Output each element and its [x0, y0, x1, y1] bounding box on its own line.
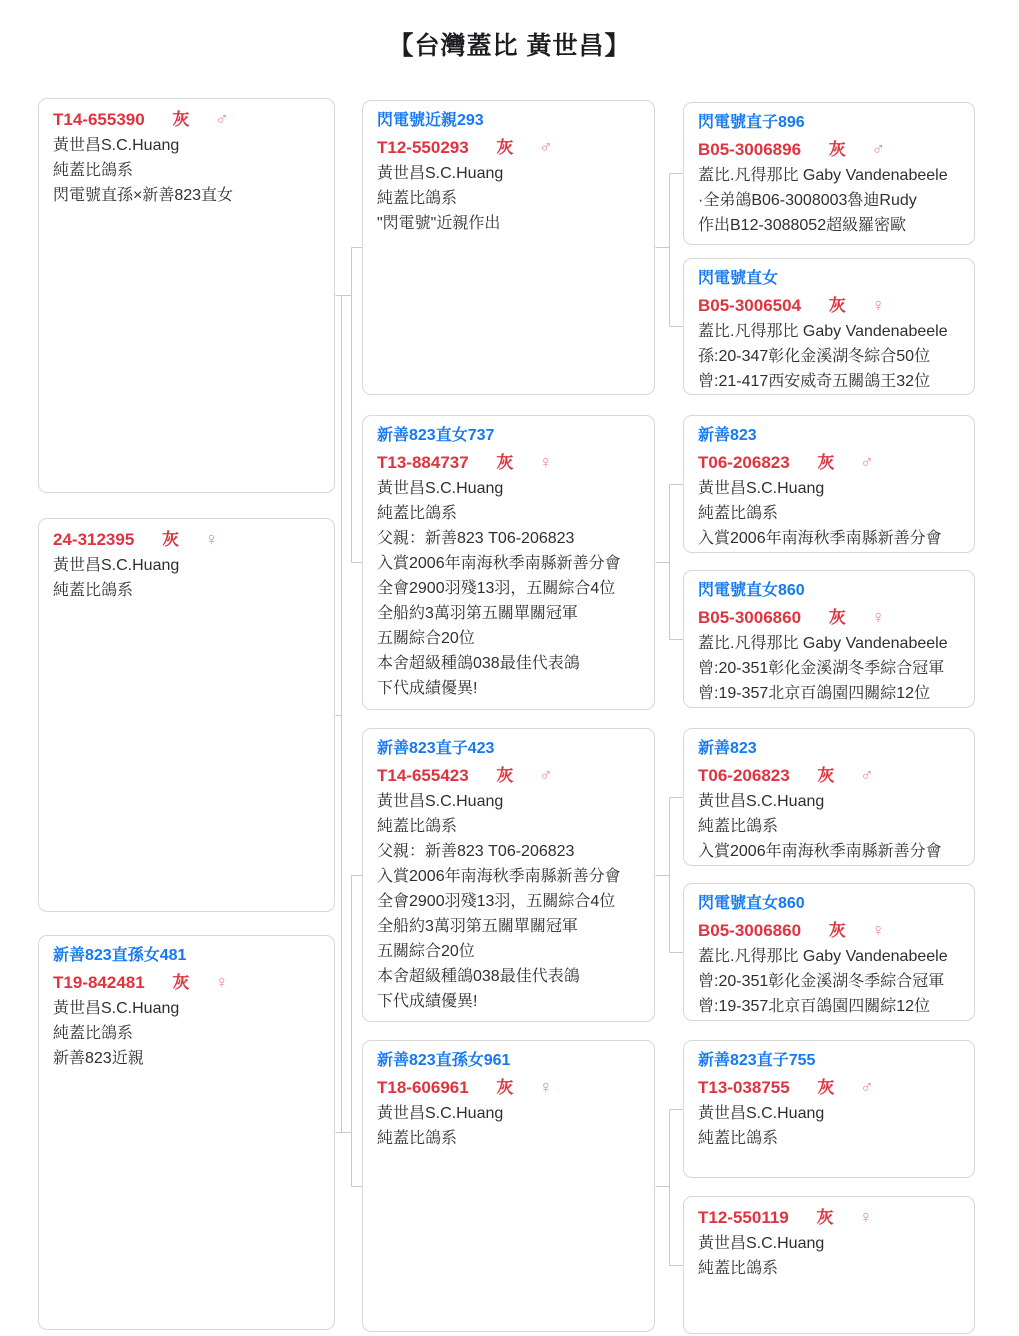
pedigree-note-line: 作出B12-3088052超級羅密歐: [698, 213, 962, 238]
pedigree-notes: 黃世昌S.C.Huang純蓋比鴿系入賞2006年南海秋季南縣新善分會: [698, 476, 962, 551]
pedigree-note-line: 純蓋比鴿系: [377, 814, 642, 839]
ring-row: T12-550119 灰 ♀: [698, 1204, 962, 1231]
pedigree-notes: 黃世昌S.C.Huang純蓋比鴿系入賞2006年南海秋季南縣新善分會: [698, 789, 962, 864]
male-symbol: ♂: [860, 1077, 874, 1097]
pedigree-note-line: 全船約3萬羽第五關單關冠軍: [377, 601, 642, 626]
ring-number: 24-312395: [53, 530, 134, 549]
pigeon-name: 閃電號直女: [698, 266, 962, 292]
pigeon-name: 新善823直子423: [377, 736, 642, 762]
pedigree-notes: 蓋比.凡得那比 Gaby Vandenabeele孫:20-347彰化金溪湖冬綜…: [698, 319, 962, 394]
female-symbol: ♀: [215, 972, 229, 992]
female-symbol: ♀: [859, 1207, 873, 1227]
pedigree-note-line: 入賞2006年南海秋季南縣新善分會: [698, 526, 962, 551]
ring-number: T14-655423: [377, 766, 469, 785]
ring-row: T13-038755 灰 ♂: [698, 1074, 962, 1101]
male-symbol: ♂: [539, 765, 553, 785]
feather-color: 灰: [172, 110, 189, 129]
pedigree-note-line: 全船約3萬羽第五關單關冠軍: [377, 914, 642, 939]
pedigree-notes: 黃世昌S.C.Huang純蓋比鴿系新善823近親: [53, 996, 322, 1071]
pedigree-note-line: 下代成績優異!: [377, 676, 642, 701]
pedigree-note-line: 蓋比.凡得那比 Gaby Vandenabeele: [698, 944, 962, 969]
pedigree-notes: 黃世昌S.C.Huang純蓋比鴿系閃電號直孫×新善823直女: [53, 133, 322, 208]
ring-number: T14-655390: [53, 110, 145, 129]
ring-row: T14-655423 灰 ♂: [377, 762, 642, 789]
pedigree-box: 新善823 T06-206823 灰 ♂ 黃世昌S.C.Huang純蓋比鴿系入賞…: [683, 415, 975, 553]
ring-row: 24-312395 灰 ♀: [53, 526, 322, 553]
pigeon-name: 新善823: [698, 423, 962, 449]
ring-row: T06-206823 灰 ♂: [698, 449, 962, 476]
pedigree-box: 新善823直孫女961 T18-606961 灰 ♀ 黃世昌S.C.Huang純…: [362, 1040, 655, 1332]
feather-color: 灰: [496, 766, 513, 785]
pedigree-note-line: 全會2900羽殘13羽，五關綜合4位: [377, 576, 642, 601]
pedigree-note-line: 黃世昌S.C.Huang: [377, 789, 642, 814]
pedigree-note-line: 閃電號直孫×新善823直女: [53, 183, 322, 208]
pedigree-notes: 黃世昌S.C.Huang純蓋比鴿系: [698, 1101, 962, 1151]
pedigree-notes: 黃世昌S.C.Huang純蓋比鴿系"閃電號"近親作出: [377, 161, 642, 236]
pedigree-note-line: 曾:20-351彰化金溪湖冬季綜合冠軍: [698, 656, 962, 681]
ring-row: T13-884737 灰 ♀: [377, 449, 642, 476]
pedigree-box: 閃電號直女 B05-3006504 灰 ♀ 蓋比.凡得那比 Gaby Vande…: [683, 258, 975, 395]
female-symbol: ♀: [205, 529, 219, 549]
pedigree-note-line: 蓋比.凡得那比 Gaby Vandenabeele: [698, 319, 962, 344]
pedigree-note-line: 純蓋比鴿系: [377, 1126, 642, 1151]
female-symbol: ♀: [539, 1077, 553, 1097]
pedigree-note-line: 黃世昌S.C.Huang: [698, 1231, 962, 1256]
pedigree-note-line: 蓋比.凡得那比 Gaby Vandenabeele: [698, 631, 962, 656]
pedigree-note-line: 純蓋比鴿系: [53, 158, 322, 183]
male-symbol: ♂: [860, 452, 874, 472]
pedigree-box: T14-655390 灰 ♂ 黃世昌S.C.Huang純蓋比鴿系閃電號直孫×新善…: [38, 98, 335, 493]
pedigree-box: 閃電號近親293 T12-550293 灰 ♂ 黃世昌S.C.Huang純蓋比鴿…: [362, 100, 655, 395]
pedigree-note-line: 黃世昌S.C.Huang: [377, 1101, 642, 1126]
pedigree-note-line: 曾:19-357北京百鴿園四關綜12位: [698, 994, 962, 1019]
ring-row: T19-842481 灰 ♀: [53, 969, 322, 996]
pedigree-note-line: 本舍超級種鴿038最佳代表鴿: [377, 651, 642, 676]
pedigree-box: 新善823 T06-206823 灰 ♂ 黃世昌S.C.Huang純蓋比鴿系入賞…: [683, 728, 975, 866]
pigeon-name: 新善823直子755: [698, 1048, 962, 1074]
pedigree-note-line: 蓋比.凡得那比 Gaby Vandenabeele: [698, 163, 962, 188]
feather-color: 灰: [829, 296, 846, 315]
feather-color: 灰: [817, 453, 834, 472]
feather-color: 灰: [829, 140, 846, 159]
ring-row: T14-655390 灰 ♂: [53, 106, 322, 133]
pedigree-note-line: 下代成績優異!: [377, 989, 642, 1014]
pigeon-name: 閃電號直女860: [698, 891, 962, 917]
feather-color: 灰: [496, 138, 513, 157]
ring-number: T13-884737: [377, 453, 469, 472]
pedigree-note-line: 純蓋比鴿系: [698, 1126, 962, 1151]
ring-row: T18-606961 灰 ♀: [377, 1074, 642, 1101]
pedigree-note-line: 五關綜合20位: [377, 939, 642, 964]
pigeon-name: 新善823直孫女481: [53, 943, 322, 969]
ring-number: B05-3006504: [698, 296, 801, 315]
ring-row: B05-3006860 灰 ♀: [698, 604, 962, 631]
pedigree-note-line: 新善823近親: [53, 1046, 322, 1071]
pedigree-note-line: 黃世昌S.C.Huang: [377, 161, 642, 186]
pedigree-note-line: 黃世昌S.C.Huang: [53, 133, 322, 158]
pedigree-chart: 【台灣蓋比 黃世昌】 T14-655390 灰 ♂ 黃世昌S.C.Huang純蓋…: [0, 0, 1019, 1336]
pedigree-box: 24-312395 灰 ♀ 黃世昌S.C.Huang純蓋比鴿系: [38, 518, 335, 912]
pedigree-box: T12-550119 灰 ♀ 黃世昌S.C.Huang純蓋比鴿系: [683, 1196, 975, 1334]
pedigree-box: 閃電號直女860 B05-3006860 灰 ♀ 蓋比.凡得那比 Gaby Va…: [683, 883, 975, 1021]
feather-color: 灰: [496, 453, 513, 472]
pedigree-note-line: 黃世昌S.C.Huang: [698, 789, 962, 814]
feather-color: 灰: [817, 1078, 834, 1097]
pedigree-note-line: 曾:21-417西安威奇五關鴿王32位: [698, 369, 962, 394]
pedigree-note-line: 曾:20-351彰化金溪湖冬季綜合冠軍: [698, 969, 962, 994]
pedigree-notes: 黃世昌S.C.Huang純蓋比鴿系父親：新善823 T06-206823入賞20…: [377, 476, 642, 701]
pedigree-box: 新善823直子755 T13-038755 灰 ♂ 黃世昌S.C.Huang純蓋…: [683, 1040, 975, 1178]
pedigree-notes: 黃世昌S.C.Huang純蓋比鴿系: [377, 1101, 642, 1151]
page-title: 【台灣蓋比 黃世昌】: [0, 26, 1019, 62]
pedigree-note-line: "閃電號"近親作出: [377, 211, 642, 236]
pedigree-box: 新善823直女737 T13-884737 灰 ♀ 黃世昌S.C.Huang純蓋…: [362, 415, 655, 710]
feather-color: 灰: [816, 1208, 833, 1227]
pigeon-name: 閃電號直子896: [698, 110, 962, 136]
pedigree-note-line: 孫:20-347彰化金溪湖冬綜合50位: [698, 344, 962, 369]
male-symbol: ♂: [860, 765, 874, 785]
pedigree-notes: 黃世昌S.C.Huang純蓋比鴿系父親：新善823 T06-206823入賞20…: [377, 789, 642, 1014]
ring-number: T12-550293: [377, 138, 469, 157]
ring-row: T12-550293 灰 ♂: [377, 134, 642, 161]
pedigree-note-line: 黃世昌S.C.Huang: [698, 476, 962, 501]
pedigree-note-line: 入賞2006年南海秋季南縣新善分會: [377, 864, 642, 889]
pedigree-note-line: 父親：新善823 T06-206823: [377, 526, 642, 551]
pedigree-notes: 黃世昌S.C.Huang純蓋比鴿系: [698, 1231, 962, 1281]
pedigree-box: 新善823直子423 T14-655423 灰 ♂ 黃世昌S.C.Huang純蓋…: [362, 728, 655, 1022]
pedigree-note-line: 純蓋比鴿系: [698, 501, 962, 526]
pigeon-name: 新善823直孫女961: [377, 1048, 642, 1074]
pedigree-note-line: 入賞2006年南海秋季南縣新善分會: [698, 839, 962, 864]
ring-number: B05-3006860: [698, 608, 801, 627]
pedigree-note-line: 五關綜合20位: [377, 626, 642, 651]
pigeon-name: 閃電號直女860: [698, 578, 962, 604]
pedigree-note-line: 黃世昌S.C.Huang: [53, 553, 322, 578]
feather-color: 灰: [829, 921, 846, 940]
ring-number: T18-606961: [377, 1078, 469, 1097]
pedigree-note-line: 本舍超級種鴿038最佳代表鴿: [377, 964, 642, 989]
feather-color: 灰: [172, 973, 189, 992]
pedigree-note-line: 曾:19-357北京百鴿園四關綜12位: [698, 681, 962, 706]
ring-number: B05-3006896: [698, 140, 801, 159]
pedigree-note-line: 全會2900羽殘13羽，五關綜合4位: [377, 889, 642, 914]
pedigree-note-line: 黃世昌S.C.Huang: [377, 476, 642, 501]
pedigree-note-line: 黃世昌S.C.Huang: [698, 1101, 962, 1126]
ring-number: T13-038755: [698, 1078, 790, 1097]
pedigree-note-line: 純蓋比鴿系: [698, 814, 962, 839]
pedigree-notes: 蓋比.凡得那比 Gaby Vandenabeele曾:20-351彰化金溪湖冬季…: [698, 631, 962, 706]
pedigree-notes: 蓋比.凡得那比 Gaby Vandenabeele·全弟鴿B06-3008003…: [698, 163, 962, 238]
pedigree-note-line: 父親：新善823 T06-206823: [377, 839, 642, 864]
pedigree-note-line: ·全弟鴿B06-3008003魯迪Rudy: [698, 188, 962, 213]
pedigree-box: 閃電號直子896 B05-3006896 灰 ♂ 蓋比.凡得那比 Gaby Va…: [683, 102, 975, 245]
male-symbol: ♂: [872, 139, 886, 159]
pedigree-note-line: 純蓋比鴿系: [377, 186, 642, 211]
ring-number: T12-550119: [698, 1208, 789, 1227]
ring-number: T19-842481: [53, 973, 145, 992]
ring-row: B05-3006860 灰 ♀: [698, 917, 962, 944]
female-symbol: ♀: [872, 295, 886, 315]
ring-row: B05-3006504 灰 ♀: [698, 292, 962, 319]
female-symbol: ♀: [872, 920, 886, 940]
female-symbol: ♀: [539, 452, 553, 472]
ring-number: T06-206823: [698, 453, 790, 472]
female-symbol: ♀: [872, 607, 886, 627]
pedigree-note-line: 純蓋比鴿系: [698, 1256, 962, 1281]
feather-color: 灰: [496, 1078, 513, 1097]
pedigree-box: 閃電號直女860 B05-3006860 灰 ♀ 蓋比.凡得那比 Gaby Va…: [683, 570, 975, 708]
pigeon-name: 新善823: [698, 736, 962, 762]
pedigree-note-line: 黃世昌S.C.Huang: [53, 996, 322, 1021]
male-symbol: ♂: [539, 137, 553, 157]
feather-color: 灰: [162, 530, 179, 549]
ring-number: T06-206823: [698, 766, 790, 785]
feather-color: 灰: [817, 766, 834, 785]
ring-row: B05-3006896 灰 ♂: [698, 136, 962, 163]
pigeon-name: 閃電號近親293: [377, 108, 642, 134]
pedigree-box: 新善823直孫女481 T19-842481 灰 ♀ 黃世昌S.C.Huang純…: [38, 935, 335, 1330]
pedigree-note-line: 入賞2006年南海秋季南縣新善分會: [377, 551, 642, 576]
male-symbol: ♂: [215, 109, 229, 129]
feather-color: 灰: [829, 608, 846, 627]
pedigree-note-line: 純蓋比鴿系: [377, 501, 642, 526]
ring-row: T06-206823 灰 ♂: [698, 762, 962, 789]
pedigree-note-line: 純蓋比鴿系: [53, 1021, 322, 1046]
ring-number: B05-3006860: [698, 921, 801, 940]
pedigree-note-line: 純蓋比鴿系: [53, 578, 322, 603]
pedigree-notes: 蓋比.凡得那比 Gaby Vandenabeele曾:20-351彰化金溪湖冬季…: [698, 944, 962, 1019]
pedigree-notes: 黃世昌S.C.Huang純蓋比鴿系: [53, 553, 322, 603]
pigeon-name: 新善823直女737: [377, 423, 642, 449]
